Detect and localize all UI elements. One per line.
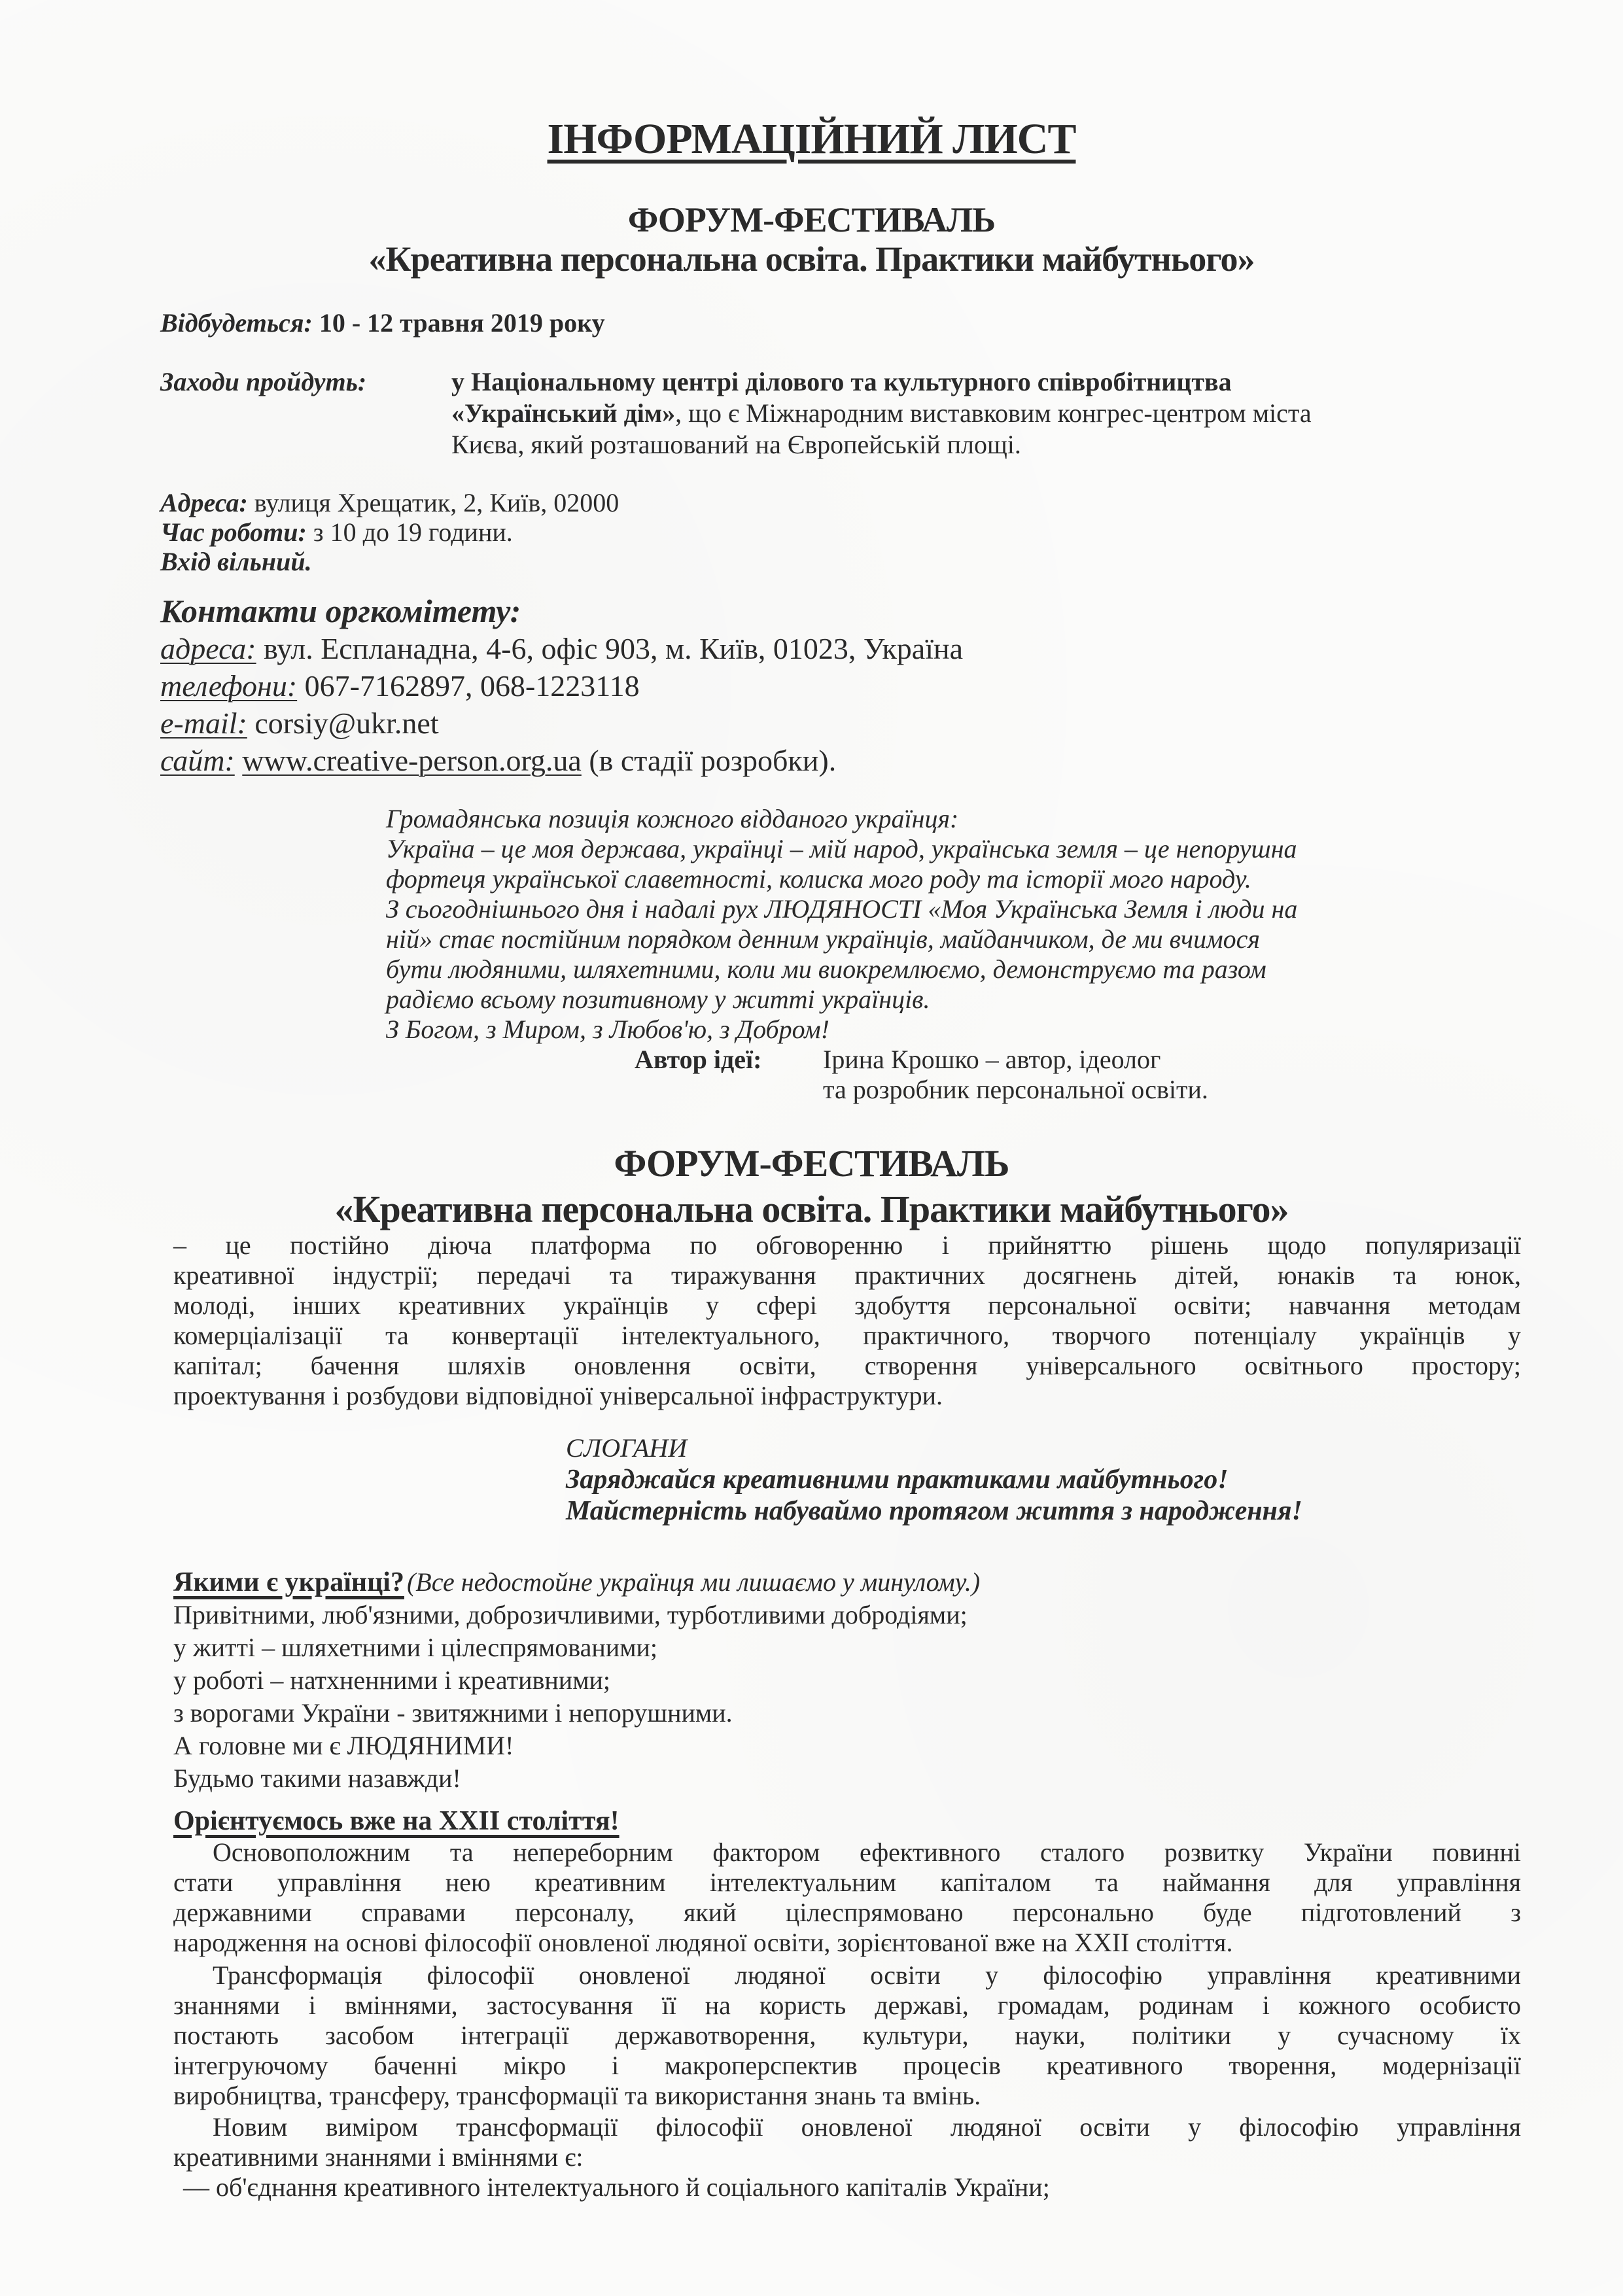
address-value: вулиця Хрещатик, 2, Київ, 02000 [254,488,620,517]
site-note: (в стадії розробки). [589,744,836,777]
list-item-1: — об'єднання креативного інтелектуальног… [183,2172,1050,2202]
hours-value: з 10 до 19 години. [313,517,513,547]
p2-line-2: знаннями і вміннями, застосування її на … [173,1990,1521,2021]
contact-address-value: вул. Еспланадна, 4-6, офіс 903, м. Київ,… [264,632,963,665]
venue-house-name: «Український дім» [451,398,675,428]
ukrainians-line-4: з ворогами України - звитяжними і непору… [173,1697,733,1728]
forum-type-heading: ФОРУМ-ФЕСТИВАЛЬ [0,1141,1623,1185]
working-hours: Час роботи: з 10 до 19 години. [160,517,513,548]
venue-line-1: у Національному центрі ділового та культ… [451,366,1232,397]
list-dash-icon: — [183,2172,209,2202]
p1-line-1: Основоположним та непереборним фактором … [173,1837,1521,1868]
p1-line-3: державними справами персоналу, який ціле… [173,1897,1521,1928]
author-line-1: Ірина Крошко – автор, ідеолог [823,1044,1161,1075]
slogan-2: Майстерність набуваймо протягом життя з … [566,1495,1302,1527]
p2-line-5: виробництва, трансферу, трансформації та… [173,2080,1521,2111]
p2-line-1: Трансформація філософії оновленої людяно… [173,1960,1521,1991]
civic-line-5: ній» стає постійним порядком денним укра… [386,924,1260,954]
civic-line-7: радіємо всьому позитивному у житті украї… [386,984,930,1015]
forum-desc-line-6: проектування і розбудови відповідної уні… [173,1380,1521,1411]
event-type-heading: ФОРУМ-ФЕСТИВАЛЬ [0,200,1623,240]
forum-desc-line-5: капітал; бачення шляхів оновлення освіти… [173,1350,1521,1381]
venue-line-2: «Український дім», що є Міжнародним вист… [451,398,1312,428]
venue-line-3: Києва, який розташований на Європейській… [451,429,1021,460]
civic-line-4: З сьогоднішнього дня і надалі рух ЛЮДЯНО… [386,894,1297,924]
document-title: ІНФОРМАЦІЙНИЙ ЛИСТ [0,114,1623,164]
ukrainians-heading-note: (Все недостойне українця ми лишаємо у ми… [407,1567,980,1597]
phones-value: 067-7162897, 068-1223118 [305,669,640,703]
civic-line-1: Громадянська позиція кожного відданого у… [386,803,958,834]
p2-line-3: постають засобом інтеграції державотворе… [173,2020,1521,2051]
event-name-heading: «Креативна персональна освіта. Практики … [0,239,1623,279]
civic-line-6: бути людяними, шляхетними, коли ми виокр… [386,954,1266,984]
email-label: e-mail: [160,706,247,740]
ukrainians-heading-row: Якими є українці? (Все недостойне україн… [173,1567,980,1598]
contacts-heading: Контакти оргкомітету: [160,592,521,630]
p1-line-4: народження на основі філософії оновленої… [173,1927,1521,1958]
ukrainians-line-2: у житті – шляхетними і цілеспрямованими; [173,1632,657,1663]
contact-email: e-mail: corsiy@ukr.net [160,706,439,740]
address-label: Адреса: [160,488,248,517]
forum-desc-line-3: молоді, інших креативних українців у сфе… [173,1290,1521,1321]
forum-desc-line-1: – це постійно діюча платформа по обговор… [173,1230,1521,1261]
author-line-2: та розробник персональної освіти. [823,1074,1208,1105]
ukrainians-line-6: Будьмо такими назавжди! [173,1763,461,1794]
contact-address: адреса: вул. Еспланадна, 4-6, офіс 903, … [160,631,963,666]
forum-desc-line-4: комерціалізації та конвертації інтелекту… [173,1320,1521,1351]
phones-label: телефони: [160,669,297,703]
author-label: Автор ідеї: [635,1044,761,1075]
date-value: 10 - 12 травня 2019 року [319,308,605,338]
p3-line-1: Новим виміром трансформації філософії он… [173,2112,1521,2142]
event-date: Відбудеться: 10 - 12 травня 2019 року [160,307,605,338]
entry-free: Вхід вільний. [160,546,312,577]
hours-label: Час роботи: [160,517,307,547]
civic-line-3: фортеця української славетності, колиска… [386,863,1251,894]
venue-label: Заходи пройдуть: [160,366,366,397]
ukrainians-line-5: А головне ми є ЛЮДЯНИМИ! [173,1730,514,1761]
forum-name-heading: «Креативна персональна освіта. Практики … [0,1187,1623,1231]
venue-address: Адреса: вулиця Хрещатик, 2, Київ, 02000 [160,487,619,518]
civic-line-2: Україна – це моя держава, українці – мій… [386,833,1297,864]
date-label: Відбудеться: [160,308,313,338]
site-label: сайт: [160,744,235,777]
list-item-text: об'єднання креативного інтелектуального … [216,2172,1050,2202]
p3-line-2: креативними знаннями і вміннями є: [173,2142,1521,2172]
contact-site: сайт: www.creative-person.org.ua (в стад… [160,743,836,778]
contact-phones: телефони: 067-7162897, 068-1223118 [160,669,640,703]
ukrainians-heading: Якими є українці? [173,1567,404,1597]
slogans-heading: СЛОГАНИ [566,1433,687,1463]
p2-line-4: інтегруючому баченні мікро і макроперспе… [173,2050,1521,2081]
email-link[interactable]: corsiy@ukr.net [254,706,438,740]
ukrainians-line-1: Привітними, люб'язними, доброзичливими, … [173,1599,968,1630]
forum-desc-line-2: креативної індустрії; передачі та тиражу… [173,1260,1521,1291]
ukrainians-line-3: у роботі – натхненними і креативними; [173,1665,610,1696]
contact-address-label: адреса: [160,632,256,665]
civic-line-8: З Богом, з Миром, з Любов'ю, з Добром! [386,1014,829,1045]
site-link[interactable]: www.creative-person.org.ua [242,744,582,777]
slogan-1: Заряджайся креативними практиками майбут… [566,1464,1229,1495]
p1-line-2: стати управління нею креативним інтелект… [173,1867,1521,1898]
document-page: ІНФОРМАЦІЙНИЙ ЛИСТ ФОРУМ-ФЕСТИВАЛЬ «Креа… [0,0,1623,2296]
century-heading: Орієнтуємось вже на ХХІІ століття! [173,1805,620,1837]
